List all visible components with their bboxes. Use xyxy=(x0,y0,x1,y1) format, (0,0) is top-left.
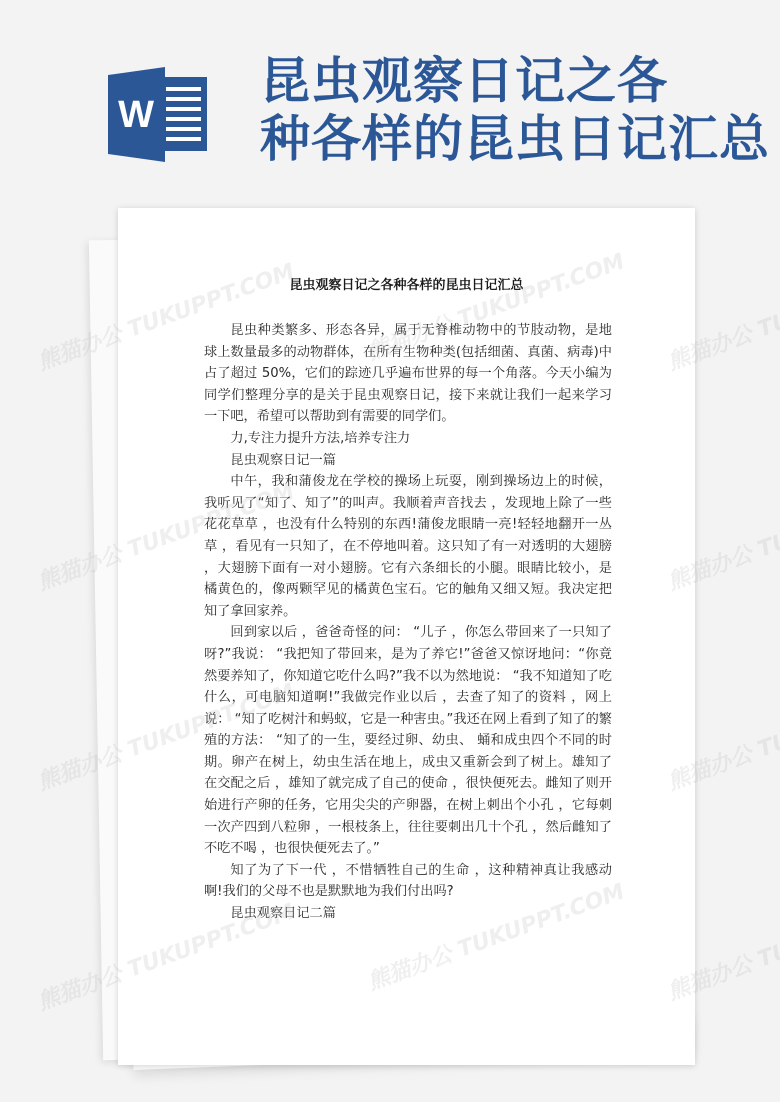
stray-line: 力,专注力提升方法,培养专注力 xyxy=(204,428,612,450)
word-doc-icon: W xyxy=(108,67,208,162)
document-title: 昆虫观察日记之各种各样的昆虫日记汇总 xyxy=(118,274,695,293)
diary-paragraph-3: 知了为了下一代 ，不惜牺牲自己的生命 ，这种精神真让我感动啊!我们的父母不也是默… xyxy=(204,860,612,903)
intro-paragraph: 昆虫种类繁多、形态各异，属于无脊椎动物中的节肢动物，是地球上数量最多的动物群体，… xyxy=(204,320,612,428)
svg-text:W: W xyxy=(118,94,154,136)
section-heading-2: 昆虫观察日记二篇 xyxy=(204,903,612,925)
document-page: 昆虫观察日记之各种各样的昆虫日记汇总 昆虫种类繁多、形态各异，属于无脊椎动物中的… xyxy=(118,208,695,1065)
section-heading-1: 昆虫观察日记一篇 xyxy=(204,450,612,472)
diary-paragraph-2: 回到家以后 ，爸爸奇怪的问： “儿子 ，你怎么带回来了一只知了呀?”我说： “我… xyxy=(204,622,612,860)
hero-title-line-2: 种各样的昆虫日记汇总 xyxy=(260,110,780,168)
diary-paragraph-1: 中午，我和蒲俊龙在学校的操场上玩耍，刚到操场边上的时候，我听见了“知了、知了”的… xyxy=(204,471,612,622)
hero-title: 昆虫观察日记之各 种各样的昆虫日记汇总 xyxy=(260,52,780,168)
document-body: 昆虫种类繁多、形态各异，属于无脊椎动物中的节肢动物，是地球上数量最多的动物群体，… xyxy=(204,320,612,925)
hero-title-line-1: 昆虫观察日记之各 xyxy=(260,52,780,110)
